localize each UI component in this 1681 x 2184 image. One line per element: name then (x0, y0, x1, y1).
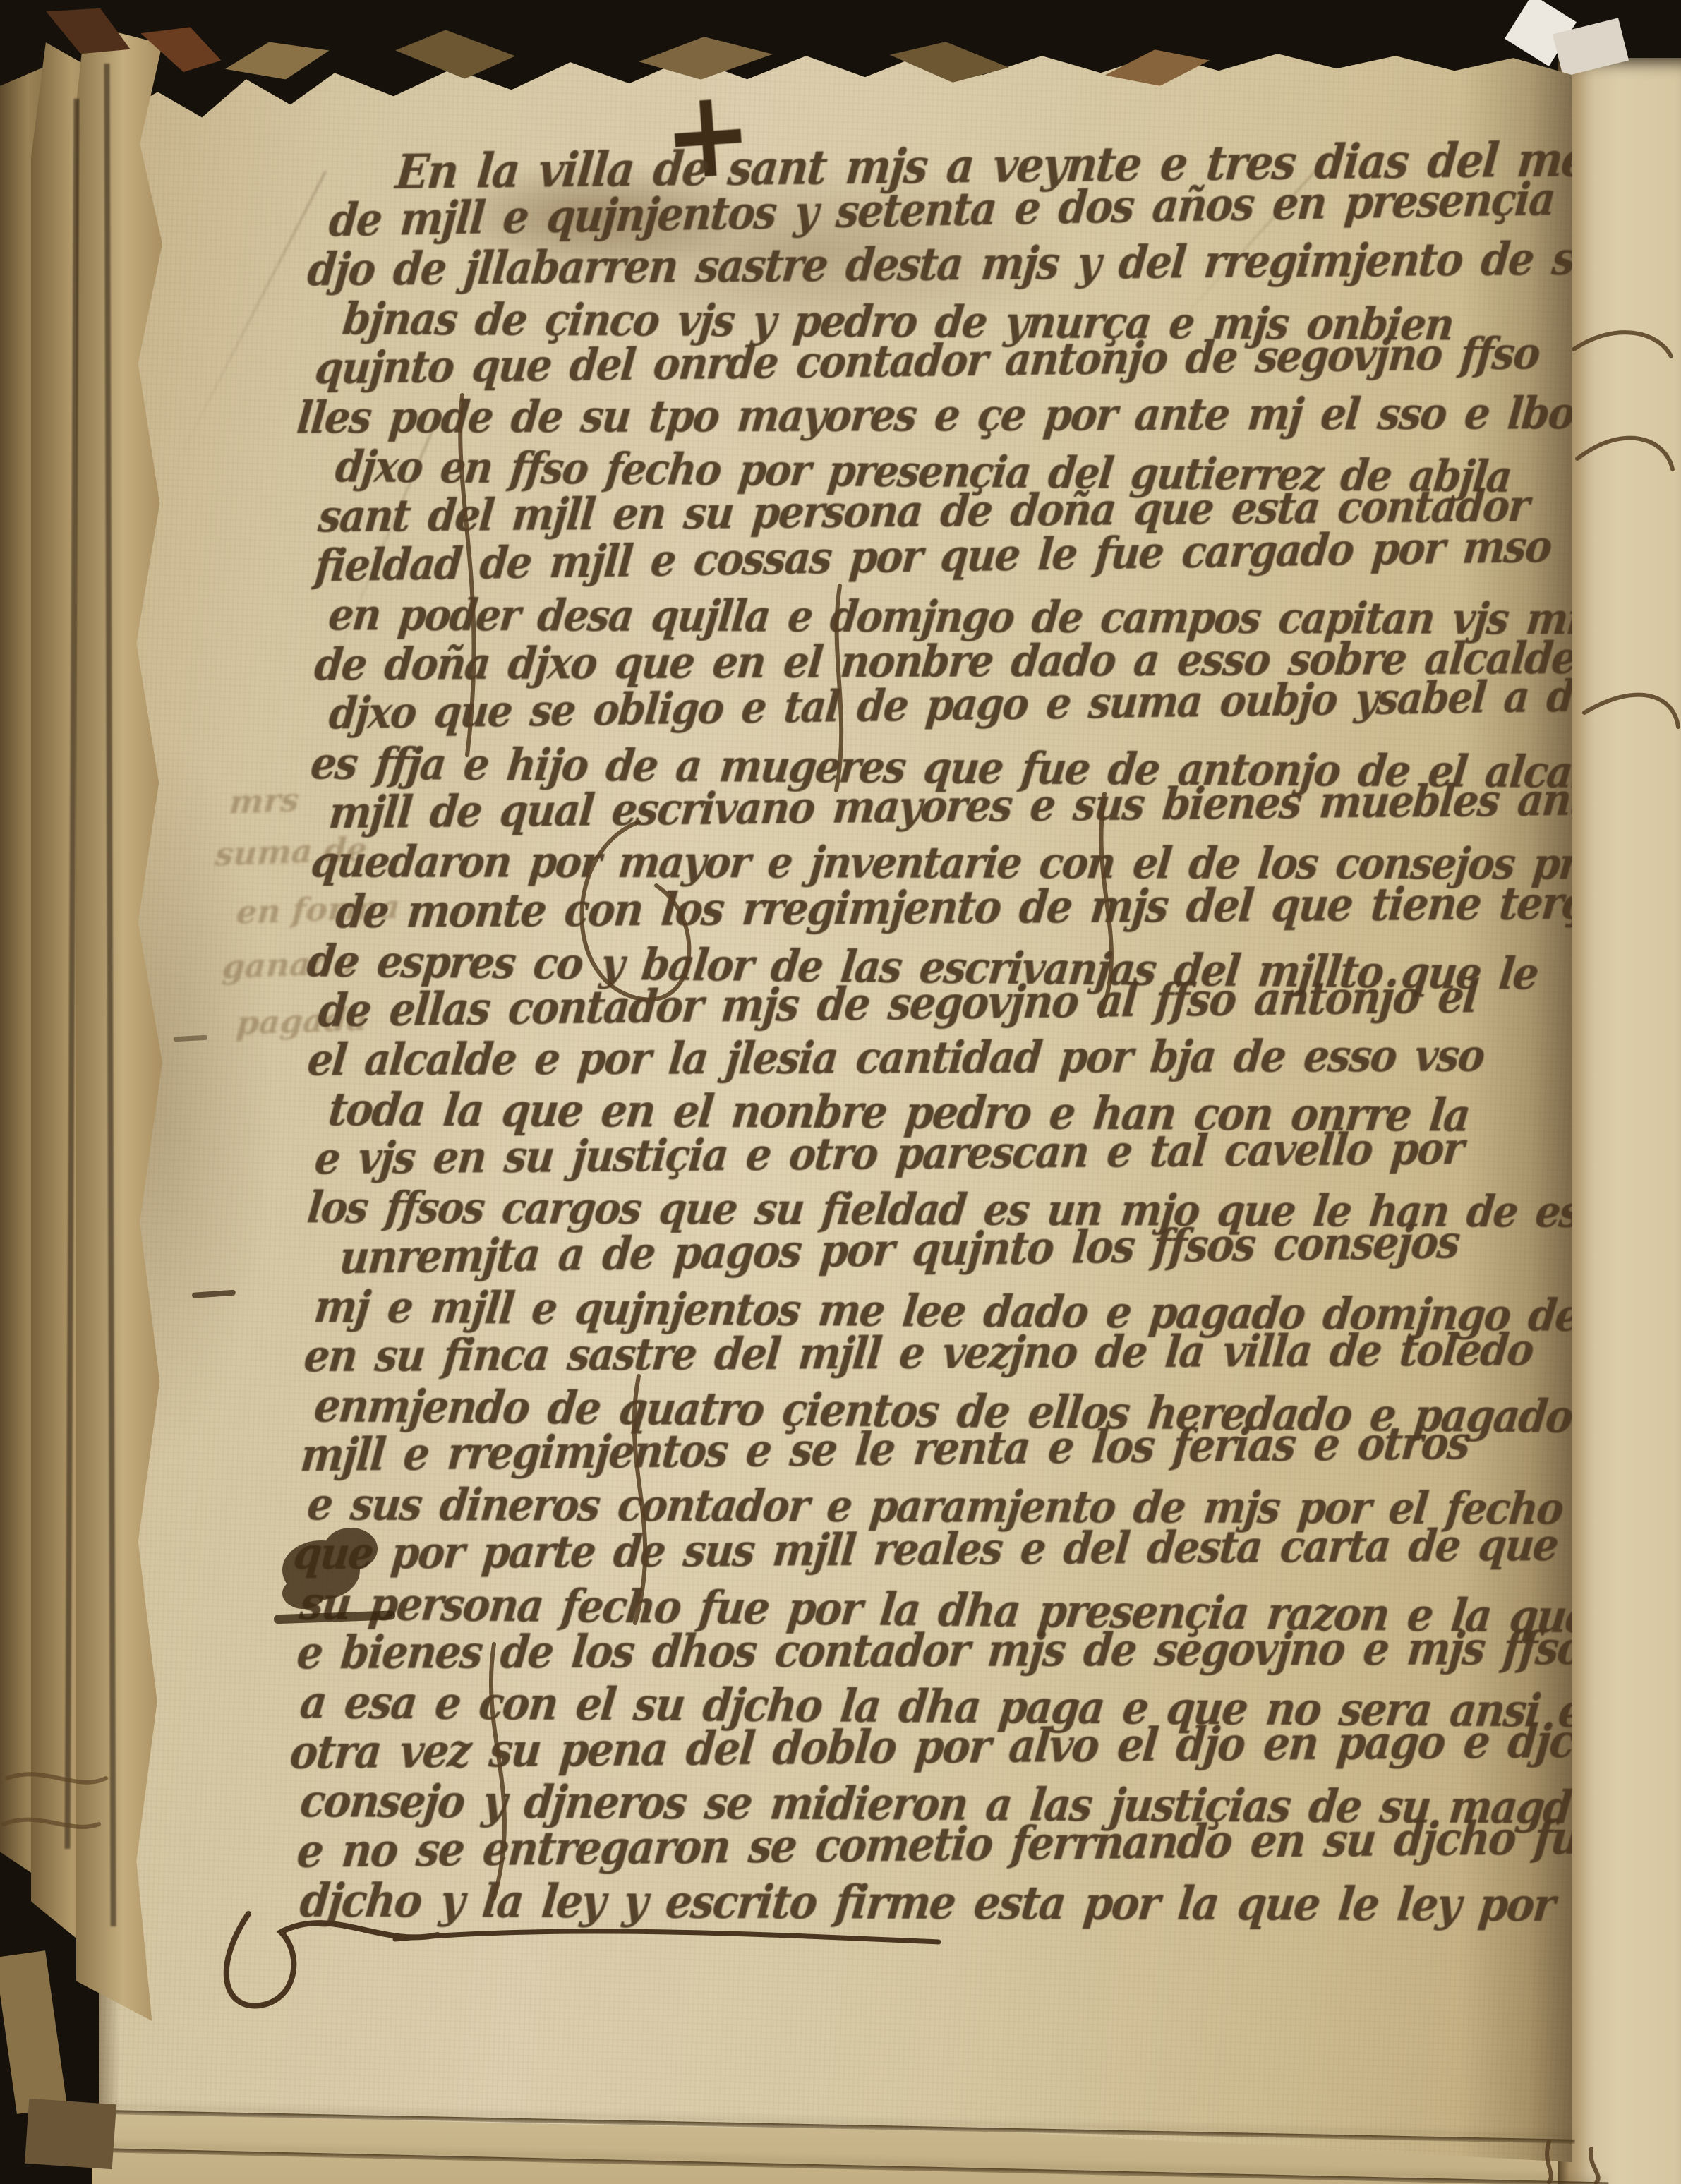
manuscript-line: el alcalde e por la jlesia cantidad por … (306, 1030, 1487, 1086)
manuscript-line: de monte con los rregimjento de mjs del … (334, 876, 1572, 939)
manuscript-line: djcho y la ley y escrito firme esta por … (298, 1874, 1572, 1932)
facing-leaf (1558, 58, 1681, 2184)
manuscript-line: lles pode de su tpo mayores e çe por ant… (295, 387, 1572, 444)
manuscript-line: djo de jllabarren sastre desta mjs y del… (306, 232, 1572, 296)
manuscript-leaf: + mrs suma de en forma ganado pagada En … (99, 37, 1572, 2162)
paper-shard (25, 2099, 116, 2169)
paper-shard (0, 1950, 67, 2114)
manuscript-line: que por parte de sus mjll reales e del d… (291, 1518, 1572, 1580)
manuscript-line: e vjs en su justiçia e otro parescan e t… (313, 1123, 1465, 1185)
manuscript-line: e bienes de los dhos contador mjs de seg… (294, 1622, 1572, 1679)
manuscript-scan-page: + mrs suma de en forma ganado pagada En … (0, 0, 1681, 2184)
manuscript-line: otra vez su pena del doblo por alvo el d… (288, 1713, 1572, 1779)
torn-fragment (222, 33, 333, 89)
showthrough-text: mrs (228, 780, 301, 821)
manuscript-line: mjll e rregimjentos e se le renta e los … (299, 1417, 1471, 1482)
manuscript-line: en su finca sastre del mjll e vezjno de … (302, 1324, 1536, 1382)
